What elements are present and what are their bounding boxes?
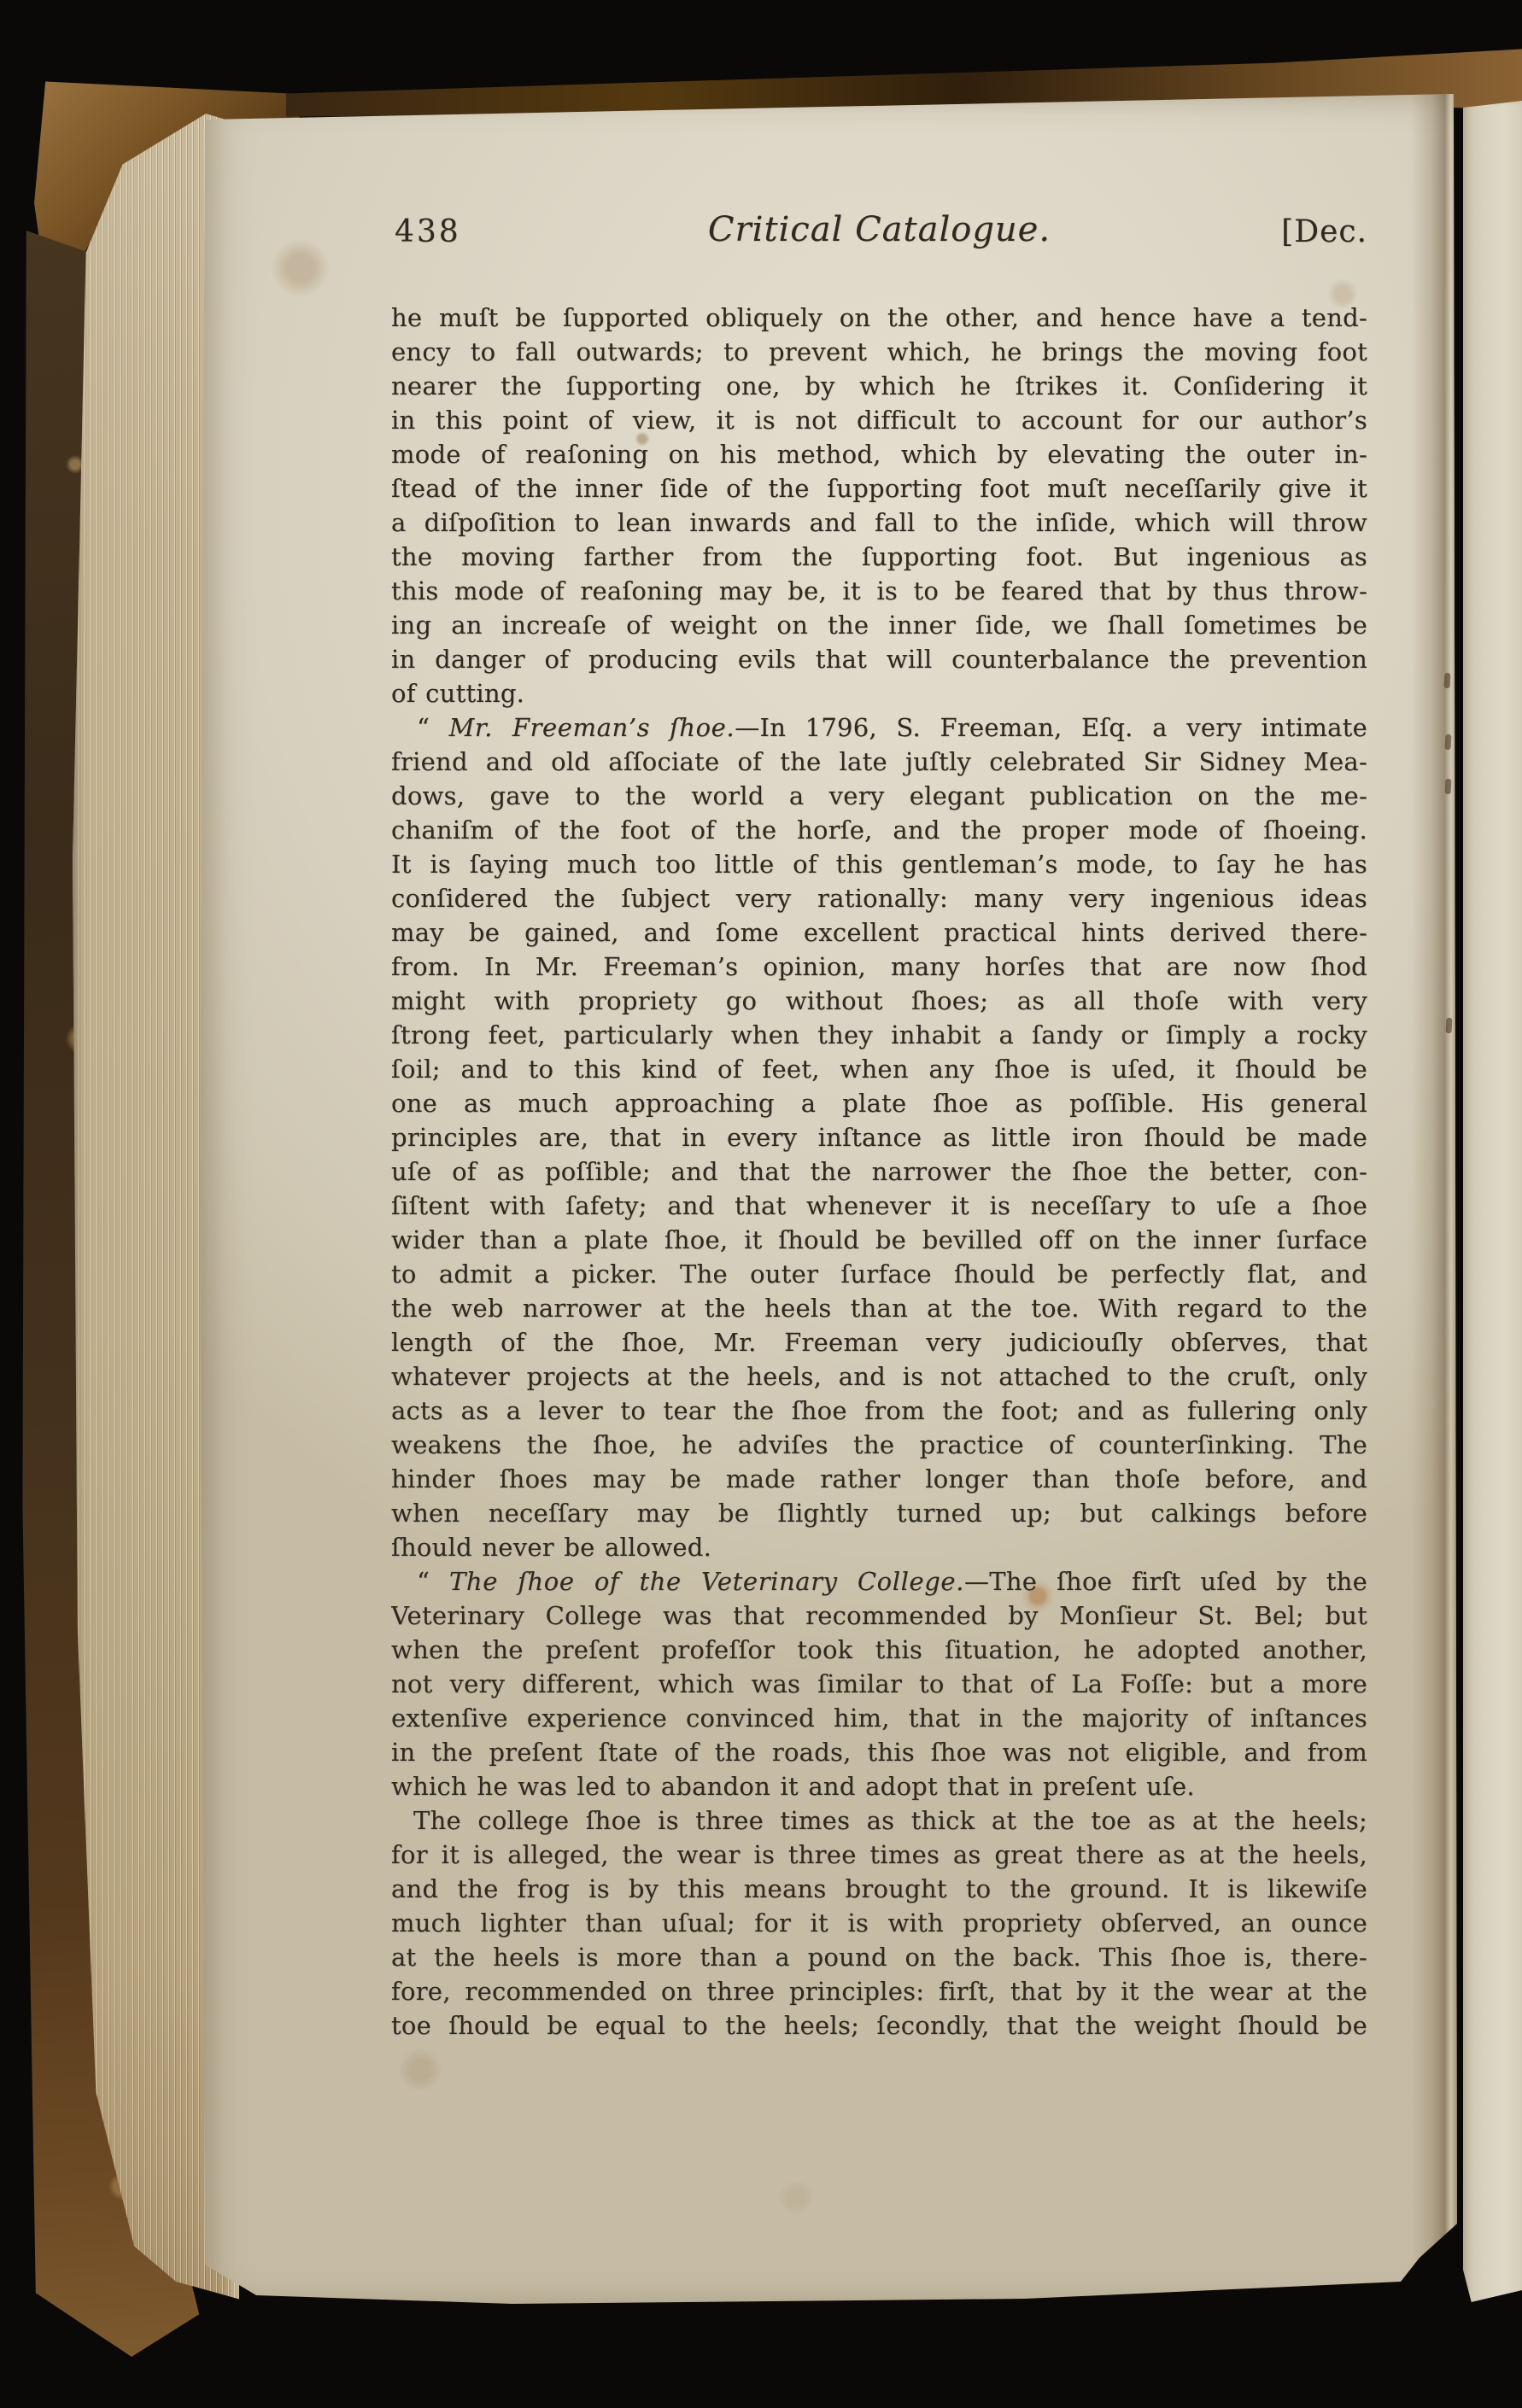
text-line: in the preſent ſtate of the roads, this … (391, 1735, 1367, 1769)
text-line: hinder ſhoes may be made rather longer t… (391, 1462, 1367, 1496)
text-line: ency to fall outwards; to prevent which,… (391, 335, 1367, 369)
text-line: from. In Mr. Freeman’s opinion, many hor… (391, 950, 1367, 984)
text-line: and the frog is by this means brought to… (391, 1872, 1367, 1906)
text-line: at the heels is more than a pound on the… (391, 1940, 1367, 1974)
running-title: Critical Catalogue. (708, 210, 1051, 249)
issue-date-label: [Dec. (1281, 214, 1367, 249)
text-line: whatever projects at the heels, and is n… (391, 1359, 1367, 1394)
text-line: “ Mr. Freeman’s ſhoe.—In 1796, S. Freema… (391, 710, 1367, 745)
paragraph: The college ſhoe is three times as thick… (391, 1803, 1367, 2043)
text-line: ſiſtent with ſafety; and that whenever i… (391, 1189, 1367, 1223)
text-line: friend and old aſſociate of the late juſ… (391, 745, 1367, 779)
text-line: principles are, that in every inſtance a… (391, 1120, 1367, 1154)
body-text: he muſt be ſupported obliquely on the ot… (391, 301, 1367, 2043)
binding-stitch (1444, 673, 1451, 688)
facing-page-edge (1463, 101, 1522, 2304)
paragraph: “ The ſhoe of the Veterinary College.—Th… (391, 1564, 1367, 1803)
text-line: this mode of reaſoning may be, it is to … (391, 574, 1367, 608)
paragraph: “ Mr. Freeman’s ſhoe.—In 1796, S. Freema… (391, 710, 1367, 1564)
text-line: The college ſhoe is three times as thick… (391, 1803, 1367, 1838)
text-line: nearer the ſupporting one, by which he ſ… (391, 369, 1367, 403)
text-line: much lighter than uſual; for it is with … (391, 1906, 1367, 1940)
text-line: Veterinary College was that recommended … (391, 1599, 1367, 1633)
text-line: which he was led to abandon it and adopt… (391, 1769, 1367, 1803)
text-line: when the preſent profeſſor took this ſit… (391, 1633, 1367, 1667)
text-line: in danger of producing evils that will c… (391, 642, 1367, 676)
text-line: when neceſſary may be ſlightly turned up… (391, 1496, 1367, 1530)
gutter-crease (1411, 89, 1462, 2314)
text-line: the moving farther from the ſupporting f… (391, 540, 1367, 574)
text-line: conſidered the ſubject very rationally: … (391, 881, 1367, 915)
binding-stitch (1445, 779, 1452, 794)
text-line: for it is alleged, the wear is three tim… (391, 1838, 1367, 1872)
text-line: might with propriety go without ſhoes; a… (391, 984, 1367, 1018)
text-line: to admit a picker. The outer ſurface ſho… (391, 1257, 1367, 1291)
text-line: toe ſhould be equal to the heels; ſecond… (391, 2008, 1367, 2043)
text-line: mode of reaſoning on his method, which b… (391, 437, 1367, 471)
text-line: not very different, which was ſimilar to… (391, 1667, 1367, 1701)
binding-stitch (1445, 734, 1452, 750)
text-line: a diſpoſition to lean inwards and fall t… (391, 506, 1367, 540)
text-line: may be gained, and ſome excellent practi… (391, 915, 1367, 950)
text-line: wider than a plate ſhoe, it ſhould be be… (391, 1223, 1367, 1257)
paragraph: he muſt be ſupported obliquely on the ot… (391, 301, 1367, 710)
text-line: dows, gave to the world a very elegant p… (391, 779, 1367, 813)
text-line: “ The ſhoe of the Veterinary College.—Th… (391, 1564, 1367, 1599)
text-line: he muſt be ſupported obliquely on the ot… (391, 301, 1367, 335)
text-line: ſoil; and to this kind of feet, when any… (391, 1052, 1367, 1086)
text-line: fore, recommended on three principles: f… (391, 1974, 1367, 2008)
text-line: ing an increaſe of weight on the inner ſ… (391, 608, 1367, 642)
text-line: acts as a lever to tear the ſhoe from th… (391, 1394, 1367, 1428)
text-line: ſtead of the inner ſide of the ſupportin… (391, 471, 1367, 506)
text-line: the web narrower at the heels than at th… (391, 1291, 1367, 1325)
text-line: one as much approaching a plate ſhoe as … (391, 1086, 1367, 1120)
text-line: chaniſm of the foot of the horſe, and th… (391, 813, 1367, 847)
book-page: 438 Critical Catalogue. [Dec. he muſt be… (198, 89, 1462, 2314)
binding-stitch (1446, 1018, 1453, 1033)
text-line: of cutting. (391, 676, 1367, 710)
text-line: in this point of view, it is not difficu… (391, 403, 1367, 437)
text-line: It is ſaying much too little of this gen… (391, 847, 1367, 881)
page-number: 438 (395, 214, 461, 249)
text-line: ſtrong feet, particularly when they inha… (391, 1018, 1367, 1052)
running-header: 438 Critical Catalogue. [Dec. (391, 198, 1367, 249)
photo-of-book-page: { "palette": { "background": "#0b0908", … (0, 0, 1522, 2408)
text-line: extenſive experience convinced him, that… (391, 1701, 1367, 1735)
text-line: uſe of as poſſible; and that the narrowe… (391, 1154, 1367, 1189)
text-line: length of the ſhoe, Mr. Freeman very jud… (391, 1325, 1367, 1359)
text-line: ſhould never be allowed. (391, 1530, 1367, 1564)
text-line: weakens the ſhoe, he adviſes the practic… (391, 1428, 1367, 1462)
